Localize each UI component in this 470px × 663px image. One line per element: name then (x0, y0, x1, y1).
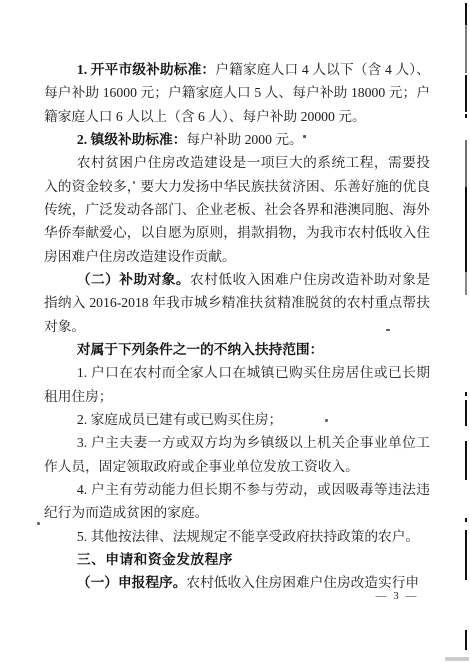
ink-speck (445, 657, 469, 661)
scan-edge-line-segment (465, 392, 467, 396)
text-segment: （一）申报程序。 (77, 575, 187, 590)
scan-edge-line-segment (465, 75, 467, 112)
scan-edge-line-segment (465, 25, 467, 73)
scan-edge-line-segment (465, 3, 467, 25)
text-segment: 每户补助 2000 元。 (186, 132, 302, 147)
para-exclusion-item-5: 5. 其他按法律、法规规定不能享受政府扶持政策的农户。 (44, 525, 430, 548)
scan-edge-line-segment (465, 518, 467, 522)
scan-edge-line-segment (465, 140, 467, 187)
text-segment: 1. 户口在农村而全家人口在城镇已购买住房居住或已长期租用住房； (44, 365, 430, 403)
scan-edge-line-segment (465, 530, 467, 580)
para-exclusion-item-1: 1. 户口在农村而全家人口在城镇已购买住房居住或已长期租用住房； (44, 361, 430, 408)
para-town-subsidy-standard: 2. 镇级补助标准：每户补助 2000 元。 (44, 128, 430, 151)
text-segment: 2. 家庭成员已建有或已购买住房； (77, 412, 282, 427)
text-segment: 对属于下列条件之一的不纳入扶持范围： (77, 342, 323, 357)
text-segment: 2. 镇级补助标准： (77, 132, 187, 147)
ink-speck (37, 522, 40, 525)
text-segment: 5. 其他按法律、法规规定不能享受政府扶持政策的农户。 (77, 529, 419, 544)
para-exclusion-item-4: 4. 户主有劳动能力但长期不参与劳动，或因吸毒等违法违纪行为而造成贫困的家庭。 (44, 478, 430, 525)
page-number: — 3 — (374, 590, 420, 602)
text-segment: （二）补助对象。 (77, 272, 190, 287)
para-city-subsidy-standard: 1. 开平市级补助标准：户籍家庭人口 4 人以下（含 4 人）、每户补助 160… (44, 58, 430, 128)
scan-edge-line-segment (465, 114, 467, 118)
document-text-block: 1. 开平市级补助标准：户籍家庭人口 4 人以下（含 4 人）、每户补助 160… (44, 58, 430, 595)
para-exclusion-heading: 对属于下列条件之一的不纳入扶持范围： (44, 338, 430, 361)
heading-application-procedure: 三、申请和资金发放程序 (44, 548, 430, 571)
scan-edge-line-segment (465, 441, 467, 480)
text-segment: 3. 户主夫妻一方或双方均为乡镇级以上机关企事业单位工作人员，固定领取政府或企事… (44, 435, 430, 473)
scan-edge-line-segment (465, 272, 467, 295)
para-exclusion-item-3: 3. 户主夫妻一方或双方均为乡镇级以上机关企事业单位工作人员，固定领取政府或企事… (44, 431, 430, 478)
para-exclusion-item-2: 2. 家庭成员已建有或已购买住房； (44, 408, 430, 431)
scan-edge-line-segment (465, 400, 467, 426)
text-segment: 4. 户主有劳动能力但长期不参与劳动，或因吸毒等违法违纪行为而造成贫困的家庭。 (44, 482, 430, 520)
scan-edge-line-segment (465, 187, 467, 272)
text-segment: 三、申请和资金发放程序 (77, 552, 233, 567)
para-donation-appeal: 农村贫困户住房改造建设是一项巨大的系统工程，需要投入的资金较多，要大力发扬中华民… (44, 151, 430, 268)
text-segment: 1. 开平市级补助标准： (77, 62, 215, 77)
text-segment: 农村低收入住房困难户住房改造实行申 (186, 575, 419, 590)
text-segment: 农村贫困户住房改造建设是一项巨大的系统工程，需要投入的资金较多，要大力发扬中华民… (44, 155, 430, 263)
scan-edge-line-segment (465, 630, 467, 650)
para-application-process: （一）申报程序。农村低收入住房困难户住房改造实行申 (44, 571, 430, 594)
scanned-document-page: 1. 开平市级补助标准：户籍家庭人口 4 人以下（含 4 人）、每户补助 160… (0, 0, 470, 663)
para-subsidy-targets: （二）补助对象。农村低收入困难户住房改造补助对象是指纳入 2016-2018 年… (44, 268, 430, 338)
